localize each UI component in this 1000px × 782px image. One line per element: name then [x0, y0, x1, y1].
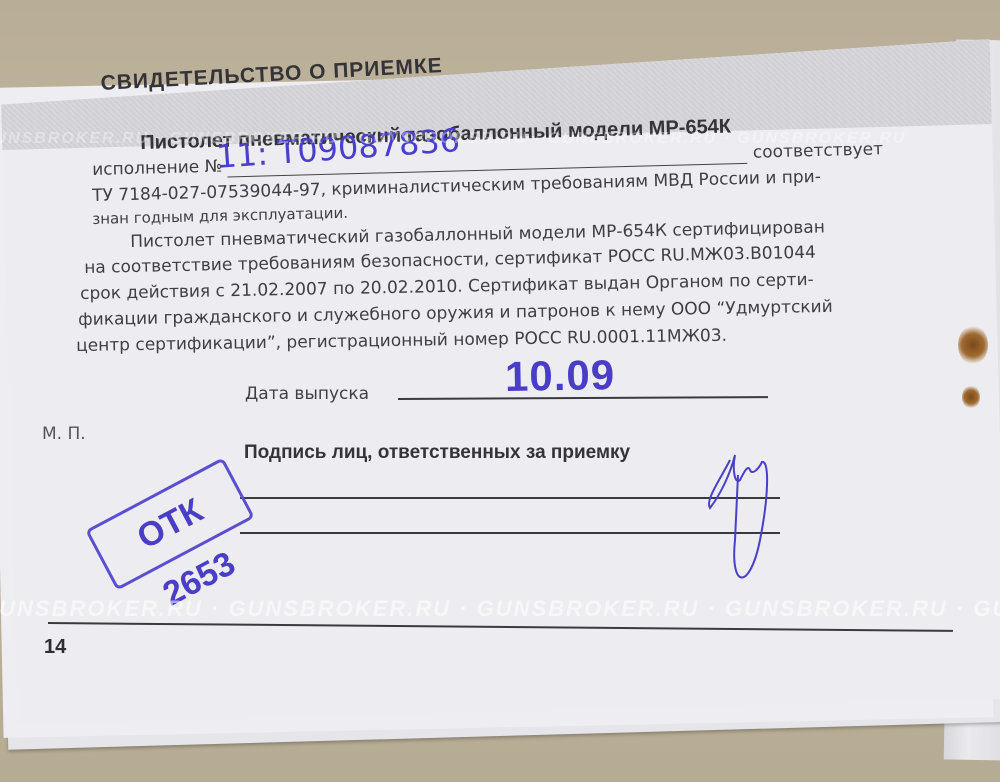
certification-line-5: центр сертификации”, регистрационный ном… — [76, 326, 727, 356]
seal-label: М. П. — [42, 424, 86, 444]
issue-date-label: Дата выпуска — [245, 384, 369, 404]
watermark: GUNSBROKER.RU · GUNSBROKER.RU · GUNSBROK… — [0, 130, 906, 148]
otk-stamp: ОТК 2653 — [85, 457, 255, 590]
handwritten-signature — [690, 440, 800, 590]
page-number: 14 — [44, 636, 66, 659]
rust-stain — [962, 385, 980, 409]
signature-label: Подпись лиц, ответственных за приемку — [244, 442, 630, 464]
footer-rule — [48, 622, 953, 631]
certificate-document: СВИДЕТЕЛЬСТВО О ПРИЕМКЕ Пистолет пневмат… — [0, 0, 1000, 782]
serial-prefix: исполнение — [92, 157, 199, 180]
issue-date-value: 10.09 — [505, 351, 616, 401]
watermark: GUNSBROKER.RU · GUNSBROKER.RU · GUNSBROK… — [0, 596, 1000, 622]
page-title: СВИДЕТЕЛЬСТВО О ПРИЕМКЕ — [100, 54, 443, 96]
compliance-line-2: знан годным для эксплуатации. — [92, 204, 348, 228]
rust-stain — [958, 325, 988, 365]
